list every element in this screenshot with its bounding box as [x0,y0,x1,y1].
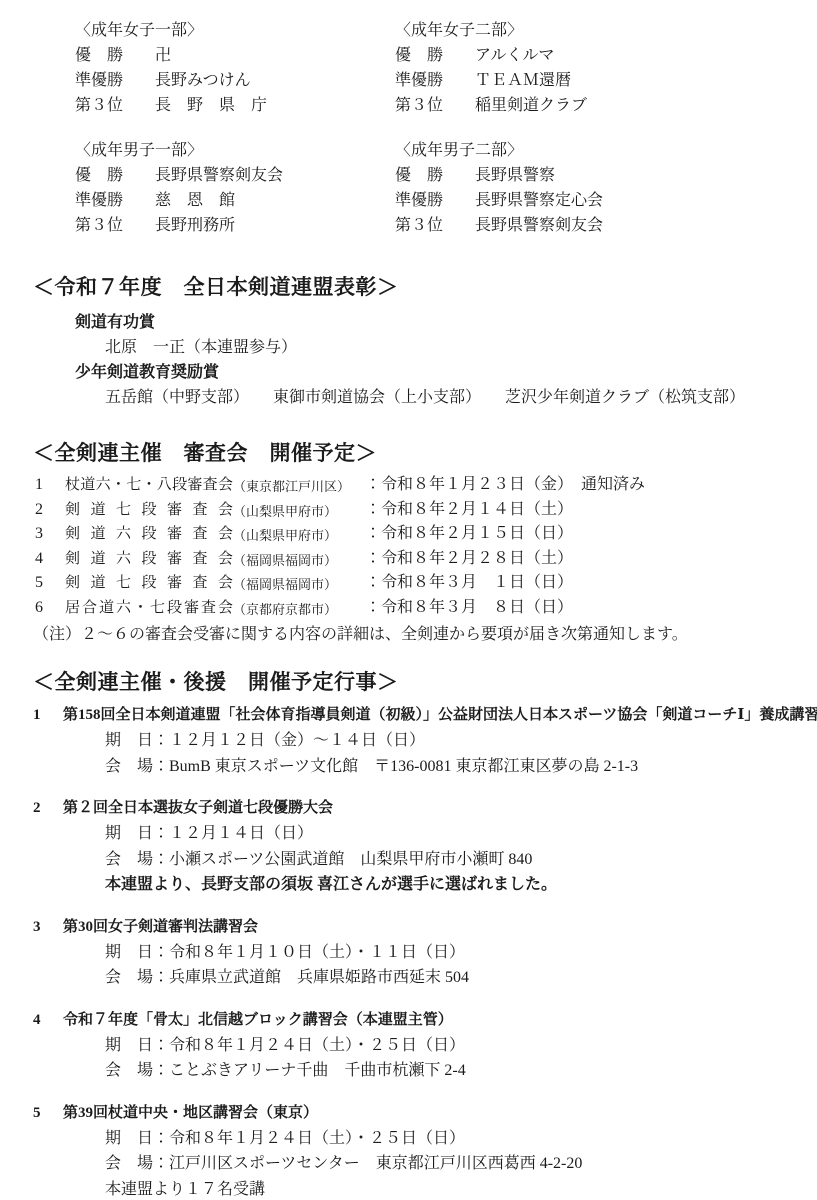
event-number: 4 [33,1008,63,1033]
event-item: 2 第２回全日本選抜女子剣道七段優勝大会 期 日：１２月１４日（日） 会 場：小… [33,796,805,898]
exam-item-location: （山梨県甲府市） [233,523,365,548]
exam-item-number: 1 [35,474,65,499]
event-note: 本連盟より、長野支部の須坂 喜江さんが選手に選ばれました。 [105,872,805,898]
event-item: 3 第30回女子剣道審判法講習会 期 日：令和８年１月１０日（土）・１１日（日）… [33,915,805,991]
event-title-row: 1 第158回全日本剣道連盟「社会体育指導員剣道（初級）」公益財団法人日本スポー… [33,703,805,728]
result-rank-label: 優 勝 [395,43,475,68]
exam-item-date: ：令和８年１月２３日（金） 通知済み [365,474,645,499]
event-title-row: 4 令和７年度「骨太」北信越ブロック講習会（本連盟主管） [33,1008,805,1033]
event-date: 期 日：令和８年１月２４日（土）・２５日（日） [105,1126,805,1152]
event-date: 期 日：令和８年１月２４日（土）・２５日（日） [105,1033,805,1059]
result-team-name: 長野県警察剣友会 [475,213,603,238]
result-row: 優 勝 卍 [75,43,395,68]
events-section: ＜全剣連主催・後援 開催予定行事＞ 1 第158回全日本剣道連盟「社会体育指導員… [33,669,805,1200]
event-title: 令和７年度「骨太」北信越ブロック講習会（本連盟主管） [63,1008,453,1033]
exam-item: 6 居合道六・七段審査会 （京都府京都市） ：令和８年３月 ８日（日） [35,597,805,622]
result-row: 準優勝 長野みつけん [75,68,395,93]
result-row: 優 勝 長野県警察剣友会 [75,163,395,188]
result-row: 準優勝 長野県警察定心会 [395,188,805,213]
result-team-name: 長野県警察定心会 [475,188,603,213]
events-section-heading: ＜全剣連主催・後援 開催予定行事＞ [33,669,805,695]
exam-item-number: 5 [35,572,65,597]
exam-item: 4 剣道六段審査会 （福岡県福岡市） ：令和８年２月２８日（土） [35,548,805,573]
event-venue: 会 場：江戸川区スポーツセンター 東京都江戸川区西葛西 4-2-20 [105,1151,805,1177]
exam-schedule-section: ＜全剣連主催 審査会 開催予定＞ 1 杖道六・七・八段審査会 （東京都江戸川区）… [33,440,805,647]
result-group-women-div2: 〈成年女子二部〉 優 勝 アルくルマ 準優勝 ＴＥＡＭ還暦 第３位 稲里剣道クラ… [395,18,805,118]
event-venue: 会 場：兵庫県立武道館 兵庫県姫路市西延末 504 [105,965,805,991]
result-row: 準優勝 慈 恩 館 [75,188,395,213]
exam-item-number: 6 [35,597,65,622]
event-title-row: 5 第39回杖道中央・地区講習会（東京） [33,1101,805,1126]
result-rank-label: 優 勝 [395,163,475,188]
result-group-men-div1: 〈成年男子一部〉 優 勝 長野県警察剣友会 準優勝 慈 恩 館 第３位 長野刑務… [75,138,395,238]
result-group-men-div2: 〈成年男子二部〉 優 勝 長野県警察 準優勝 長野県警察定心会 第３位 長野県警… [395,138,805,238]
result-rank-label: 優 勝 [75,163,155,188]
exam-item: 5 剣道七段審査会 （福岡県福岡市） ：令和８年３月 １日（日） [35,572,805,597]
exam-item-location: （山梨県甲府市） [233,499,365,524]
result-rank-label: 第３位 [395,213,475,238]
event-number: 5 [33,1101,63,1126]
tournament-results: 〈成年女子一部〉 優 勝 卍 準優勝 長野みつけん 第３位 長 野 県 庁 〈成… [75,18,805,238]
event-title: 第39回杖道中央・地区講習会（東京） [63,1101,318,1126]
result-rank-label: 準優勝 [75,68,155,93]
result-team-name: 長野みつけん [155,68,251,93]
event-number: 2 [33,796,63,821]
event-title-row: 3 第30回女子剣道審判法講習会 [33,915,805,940]
event-title: 第30回女子剣道審判法講習会 [63,915,258,940]
exam-item-name: 杖道六・七・八段審査会 [65,474,233,499]
exam-item-date: ：令和８年２月２８日（土） [365,548,573,573]
event-title: 第158回全日本剣道連盟「社会体育指導員剣道（初級）」公益財団法人日本スポーツ協… [63,703,817,728]
result-group-title: 〈成年男子二部〉 [395,138,805,163]
result-row: 準優勝 ＴＥＡＭ還暦 [395,68,805,93]
award-category-title: 剣道有功賞 [75,310,805,335]
event-number: 3 [33,915,63,940]
result-team-name: 長野県警察剣友会 [155,163,283,188]
event-venue: 会 場：ことぶきアリーナ千曲 千曲市杭瀬下 2-4 [105,1058,805,1084]
award-category-title: 少年剣道教育奨励賞 [75,360,805,385]
exam-note: （注）２～６の審査会受審に関する内容の詳細は、全剣連から要項が届き次第通知します… [33,623,805,647]
event-item: 4 令和７年度「骨太」北信越ブロック講習会（本連盟主管） 期 日：令和８年１月２… [33,1008,805,1084]
exam-item-location: （東京都江戸川区） [233,474,365,499]
result-team-name: アルくルマ [475,43,554,68]
result-row: 第３位 稲里剣道クラブ [395,93,805,118]
exam-item-name: 剣道七段審査会 [65,499,233,524]
event-date: 期 日：１２月１２日（金）～１４日（日） [105,728,805,754]
exam-item: 2 剣道七段審査会 （山梨県甲府市） ：令和８年２月１４日（土） [35,499,805,524]
result-team-name: 稲里剣道クラブ [475,93,587,118]
result-group-title: 〈成年男子一部〉 [75,138,395,163]
exam-item-location: （福岡県福岡市） [233,572,365,597]
result-group-title: 〈成年女子二部〉 [395,18,805,43]
exam-item-number: 4 [35,548,65,573]
exam-item-name: 居合道六・七段審査会 [65,597,233,622]
award-recipient: 北原 一正（本連盟参与） [105,335,805,360]
result-row: 優 勝 長野県警察 [395,163,805,188]
result-row: 第３位 長野刑務所 [75,213,395,238]
exam-section-heading: ＜全剣連主催 審査会 開催予定＞ [33,440,805,466]
event-venue: 会 場：BumB 東京スポーツ文化館 〒136-0081 東京都江東区夢の島 2… [105,754,805,780]
event-date: 期 日：令和８年１月１０日（土）・１１日（日） [105,940,805,966]
result-group-women-div1: 〈成年女子一部〉 優 勝 卍 準優勝 長野みつけん 第３位 長 野 県 庁 [75,18,395,118]
result-team-name: ＴＥＡＭ還暦 [475,68,571,93]
exam-item-date: ：令和８年３月 １日（日） [365,572,573,597]
result-rank-label: 準優勝 [395,188,475,213]
exam-item-number: 3 [35,523,65,548]
event-title: 第２回全日本選抜女子剣道七段優勝大会 [63,796,333,821]
award-recipient: 五岳館（中野支部） 東御市剣道協会（上小支部） 芝沢少年剣道クラブ（松筑支部） [105,385,805,410]
exam-item-name: 剣道七段審査会 [65,572,233,597]
result-group-title: 〈成年女子一部〉 [75,18,395,43]
event-number: 1 [33,703,63,728]
exam-item-date: ：令和８年２月１４日（土） [365,499,573,524]
result-team-name: 慈 恩 館 [155,188,235,213]
event-note: 本連盟より１７名受講 [105,1177,805,1200]
result-rank-label: 準優勝 [395,68,475,93]
result-rank-label: 優 勝 [75,43,155,68]
result-team-name: 卍 [155,43,171,68]
exam-item-number: 2 [35,499,65,524]
result-rank-label: 第３位 [395,93,475,118]
award-section: ＜令和７年度 全日本剣道連盟表彰＞ 剣道有功賞 北原 一正（本連盟参与） 少年剣… [33,274,805,410]
result-row: 第３位 長 野 県 庁 [75,93,395,118]
result-rank-label: 第３位 [75,93,155,118]
result-team-name: 長野県警察 [475,163,555,188]
exam-item-location: （福岡県福岡市） [233,548,365,573]
exam-item-name: 剣道六段審査会 [65,523,233,548]
event-venue: 会 場：小瀬スポーツ公園武道館 山梨県甲府市小瀬町 840 [105,847,805,873]
result-rank-label: 第３位 [75,213,155,238]
event-date: 期 日：１２月１４日（日） [105,821,805,847]
exam-item-date: ：令和８年２月１５日（日） [365,523,573,548]
event-title-row: 2 第２回全日本選抜女子剣道七段優勝大会 [33,796,805,821]
exam-item-name: 剣道六段審査会 [65,548,233,573]
result-team-name: 長 野 県 庁 [155,93,267,118]
event-item: 5 第39回杖道中央・地区講習会（東京） 期 日：令和８年１月２４日（土）・２５… [33,1101,805,1200]
result-row: 第３位 長野県警察剣友会 [395,213,805,238]
exam-item: 3 剣道六段審査会 （山梨県甲府市） ：令和８年２月１５日（日） [35,523,805,548]
event-item: 1 第158回全日本剣道連盟「社会体育指導員剣道（初級）」公益財団法人日本スポー… [33,703,805,779]
exam-item-date: ：令和８年３月 ８日（日） [365,597,573,622]
document-page: 〈成年女子一部〉 優 勝 卍 準優勝 長野みつけん 第３位 長 野 県 庁 〈成… [0,0,817,1200]
result-rank-label: 準優勝 [75,188,155,213]
result-team-name: 長野刑務所 [155,213,235,238]
exam-item: 1 杖道六・七・八段審査会 （東京都江戸川区） ：令和８年１月２３日（金） 通知… [35,474,805,499]
award-section-heading: ＜令和７年度 全日本剣道連盟表彰＞ [33,274,805,300]
exam-item-location: （京都府京都市） [233,597,365,622]
result-row: 優 勝 アルくルマ [395,43,805,68]
